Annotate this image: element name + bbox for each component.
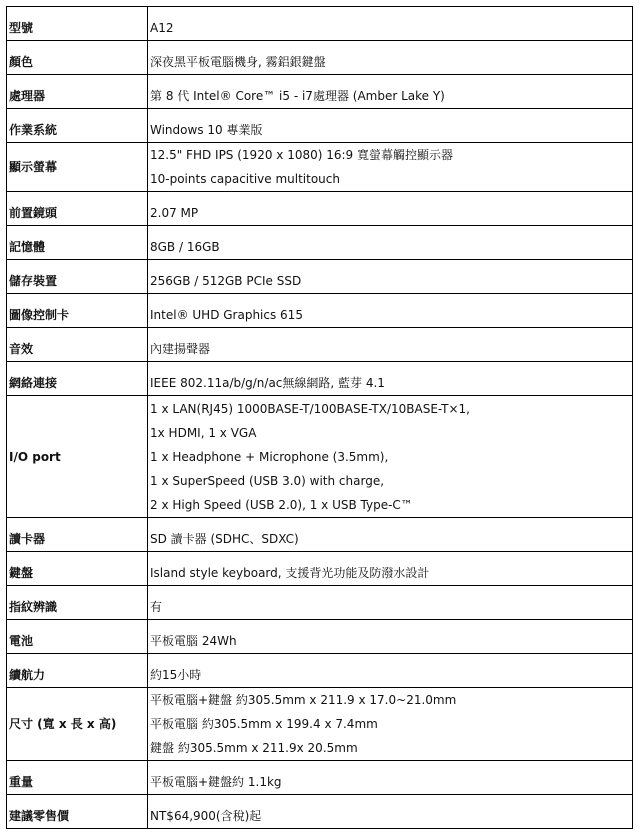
spec-value-line: SD 讀卡器 (SDHC、SDXC) [150, 527, 632, 551]
spec-row: 續航力約15小時 [7, 654, 633, 688]
spec-label: 續航力 [7, 654, 148, 688]
spec-row: 電池平板電腦 24Wh [7, 620, 633, 654]
spec-value-line: 平板電腦+鍵盤 約305.5mm x 211.9 x 17.0~21.0mm [150, 688, 632, 712]
spec-value: Windows 10 專業版 [148, 109, 633, 143]
spec-label: 顯示螢幕 [7, 143, 148, 192]
spec-row: 鍵盤Island style keyboard, 支援背光功能及防潑水設計 [7, 552, 633, 586]
spec-table: 型號A12顏色深夜黑平板電腦機身, 霧鋁銀鍵盤處理器第 8 代 Intel® C… [6, 6, 633, 829]
spec-label: 尺寸 (寬 x 長 x 高) [7, 688, 148, 761]
spec-row: 儲存裝置256GB / 512GB PCIe SSD [7, 260, 633, 294]
spec-label: I/O port [7, 396, 148, 518]
spec-row: 顏色深夜黑平板電腦機身, 霧鋁銀鍵盤 [7, 41, 633, 75]
spec-label: 鍵盤 [7, 552, 148, 586]
spec-label: 重量 [7, 761, 148, 795]
spec-value: IEEE 802.11a/b/g/n/ac無線網路, 藍芽 4.1 [148, 362, 633, 396]
spec-value: 內建揚聲器 [148, 328, 633, 362]
spec-value-line: 10-points capacitive multitouch [150, 167, 632, 191]
spec-row: 指紋辨識有 [7, 586, 633, 620]
spec-value: 2.07 MP [148, 192, 633, 226]
spec-row: 顯示螢幕12.5" FHD IPS (1920 x 1080) 16:9 寬螢幕… [7, 143, 633, 192]
spec-value-line: A12 [150, 16, 632, 40]
spec-value: 256GB / 512GB PCIe SSD [148, 260, 633, 294]
spec-table-body: 型號A12顏色深夜黑平板電腦機身, 霧鋁銀鍵盤處理器第 8 代 Intel® C… [7, 7, 633, 829]
spec-row: 圖像控制卡Intel® UHD Graphics 615 [7, 294, 633, 328]
spec-row: 處理器第 8 代 Intel® Core™ i5 - i7處理器 (Amber … [7, 75, 633, 109]
spec-label: 讀卡器 [7, 518, 148, 552]
spec-value-line: 1 x SuperSpeed (USB 3.0) with charge, [150, 469, 632, 493]
spec-value-line: 平板電腦 24Wh [150, 629, 632, 653]
spec-value-line: 8GB / 16GB [150, 235, 632, 259]
spec-value-line: IEEE 802.11a/b/g/n/ac無線網路, 藍芽 4.1 [150, 371, 632, 395]
spec-label: 作業系統 [7, 109, 148, 143]
spec-label: 記憶體 [7, 226, 148, 260]
spec-row: 網絡連接IEEE 802.11a/b/g/n/ac無線網路, 藍芽 4.1 [7, 362, 633, 396]
spec-value: 平板電腦 24Wh [148, 620, 633, 654]
spec-row: I/O port1 x LAN(RJ45) 1000BASE-T/100BASE… [7, 396, 633, 518]
spec-label: 電池 [7, 620, 148, 654]
spec-label: 顏色 [7, 41, 148, 75]
spec-row: 建議零售價NT$64,900(含稅)起 [7, 795, 633, 829]
spec-value: 約15小時 [148, 654, 633, 688]
spec-label: 音效 [7, 328, 148, 362]
spec-value-line: 鍵盤 約305.5mm x 211.9x 20.5mm [150, 736, 632, 760]
spec-row: 讀卡器SD 讀卡器 (SDHC、SDXC) [7, 518, 633, 552]
spec-value-line: 1x HDMI, 1 x VGA [150, 421, 632, 445]
spec-value-line: 1 x Headphone + Microphone (3.5mm), [150, 445, 632, 469]
spec-row: 音效內建揚聲器 [7, 328, 633, 362]
spec-label: 指紋辨識 [7, 586, 148, 620]
spec-value: 有 [148, 586, 633, 620]
spec-value: SD 讀卡器 (SDHC、SDXC) [148, 518, 633, 552]
spec-value-line: Windows 10 專業版 [150, 118, 632, 142]
spec-value-line: 第 8 代 Intel® Core™ i5 - i7處理器 (Amber Lak… [150, 84, 632, 108]
spec-value-line: 平板電腦+鍵盤約 1.1kg [150, 770, 632, 794]
spec-value: Island style keyboard, 支援背光功能及防潑水設計 [148, 552, 633, 586]
spec-row: 記憶體8GB / 16GB [7, 226, 633, 260]
spec-value: 8GB / 16GB [148, 226, 633, 260]
spec-value-line: Island style keyboard, 支援背光功能及防潑水設計 [150, 561, 632, 585]
spec-value-line: 平板電腦 約305.5mm x 199.4 x 7.4mm [150, 712, 632, 736]
spec-value-line: 約15小時 [150, 663, 632, 687]
spec-value: 平板電腦+鍵盤約 1.1kg [148, 761, 633, 795]
spec-value-line: 內建揚聲器 [150, 337, 632, 361]
spec-row: 尺寸 (寬 x 長 x 高)平板電腦+鍵盤 約305.5mm x 211.9 x… [7, 688, 633, 761]
spec-row: 重量平板電腦+鍵盤約 1.1kg [7, 761, 633, 795]
spec-value: Intel® UHD Graphics 615 [148, 294, 633, 328]
spec-label: 建議零售價 [7, 795, 148, 829]
spec-value-line: 12.5" FHD IPS (1920 x 1080) 16:9 寬螢幕觸控顯示… [150, 143, 632, 167]
spec-label: 網絡連接 [7, 362, 148, 396]
spec-row: 前置鏡頭2.07 MP [7, 192, 633, 226]
spec-value: 平板電腦+鍵盤 約305.5mm x 211.9 x 17.0~21.0mm平板… [148, 688, 633, 761]
spec-value-line: 深夜黑平板電腦機身, 霧鋁銀鍵盤 [150, 50, 632, 74]
spec-label: 圖像控制卡 [7, 294, 148, 328]
spec-value: 1 x LAN(RJ45) 1000BASE-T/100BASE-TX/10BA… [148, 396, 633, 518]
spec-value-line: 2 x High Speed (USB 2.0), 1 x USB Type-C… [150, 493, 632, 517]
spec-value-line: NT$64,900(含稅)起 [150, 804, 632, 828]
spec-value: 12.5" FHD IPS (1920 x 1080) 16:9 寬螢幕觸控顯示… [148, 143, 633, 192]
spec-value-line: 1 x LAN(RJ45) 1000BASE-T/100BASE-TX/10BA… [150, 397, 632, 421]
spec-value-line: 256GB / 512GB PCIe SSD [150, 269, 632, 293]
spec-label: 儲存裝置 [7, 260, 148, 294]
spec-row: 作業系統Windows 10 專業版 [7, 109, 633, 143]
spec-label: 型號 [7, 7, 148, 41]
spec-row: 型號A12 [7, 7, 633, 41]
spec-value: 深夜黑平板電腦機身, 霧鋁銀鍵盤 [148, 41, 633, 75]
spec-value-line: 2.07 MP [150, 201, 632, 225]
spec-value: A12 [148, 7, 633, 41]
spec-label: 前置鏡頭 [7, 192, 148, 226]
spec-value: 第 8 代 Intel® Core™ i5 - i7處理器 (Amber Lak… [148, 75, 633, 109]
spec-label: 處理器 [7, 75, 148, 109]
spec-value: NT$64,900(含稅)起 [148, 795, 633, 829]
spec-value-line: Intel® UHD Graphics 615 [150, 303, 632, 327]
spec-value-line: 有 [150, 595, 632, 619]
